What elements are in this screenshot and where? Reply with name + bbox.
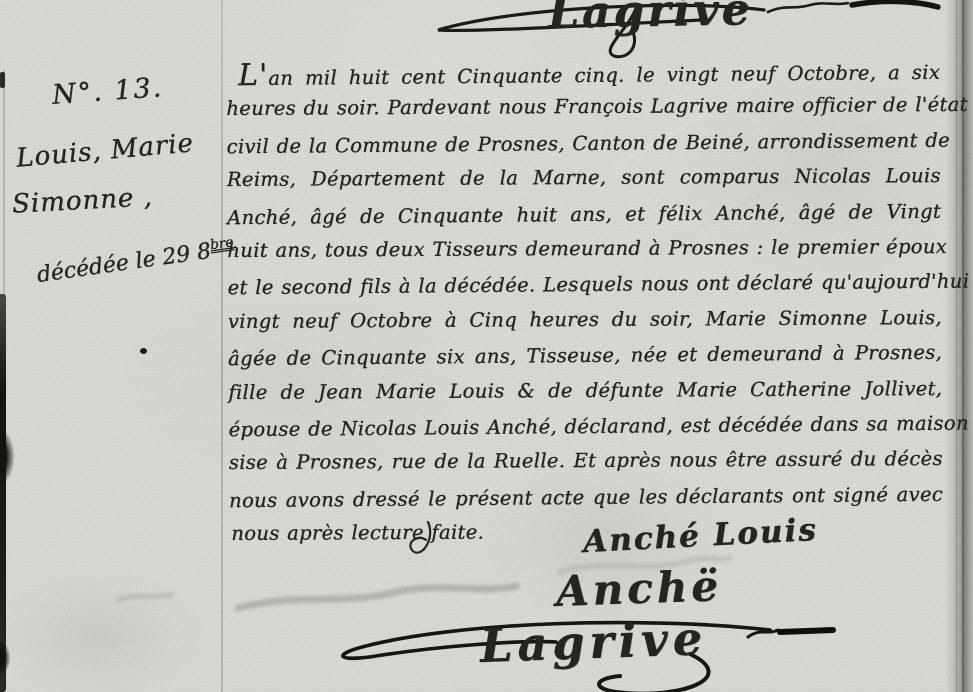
flourish-top-right-squiggle [768, 3, 848, 12]
left-edge-ink-blob [0, 640, 10, 676]
left-edge-faint-line [3, 70, 5, 296]
bleedthrough-script [238, 586, 516, 608]
left-edge-ink-blob [0, 428, 14, 486]
body-line: huit ans, tous deux Tisseurs demeurand à… [227, 229, 941, 268]
body-line: âgée de Cinquante six ans, Tisseuse, née… [228, 335, 942, 377]
fold-line [221, 0, 223, 692]
ink-dot [140, 348, 147, 354]
body-line: sise à Prosnes, rue de la Ruelle. Et apr… [229, 441, 943, 480]
margin-death-date: décédée le 29 8bre [35, 234, 236, 288]
act-body-text: L'an mil huit cent Cinquante cinq. le vi… [226, 52, 943, 552]
opening-capital: L' [238, 58, 268, 93]
act-number: N°. 13. [51, 72, 164, 111]
bleedthrough-script [118, 594, 172, 600]
margin-death-date-text: décédée le 29 8 [35, 239, 212, 288]
register-page-scan: N°. 13. Louis, Marie Simonne , décédée l… [0, 0, 973, 692]
deceased-name-line: Louis, Marie [15, 128, 195, 173]
signature-lagrive-top-partial: Lagrive [548, 0, 754, 39]
deceased-name-line: Simonne , [11, 182, 153, 219]
flourish-top-corner-stroke [852, 1, 938, 7]
body-line-text: an mil huit cent Cinquante cinq. le ving… [268, 61, 940, 90]
body-line: fille de Jean Marie Louis & de défunte M… [228, 371, 942, 410]
body-line: heures du soir. Pardevant nous François … [226, 87, 940, 126]
flourish-bottom-squiggle [748, 630, 778, 637]
left-edge-ink-mark [0, 72, 5, 88]
left-edge-ink-stripe [0, 294, 6, 692]
body-line: vingt neuf Octobre à Cinq heures du soir… [228, 300, 942, 339]
flourish-bottom-dash [780, 630, 833, 632]
signature-lagrive-bottom: Lagrive [479, 611, 708, 673]
signature-anche: Anchë [555, 561, 723, 616]
body-line: Reims, Département de la Marne, sont com… [227, 158, 941, 197]
